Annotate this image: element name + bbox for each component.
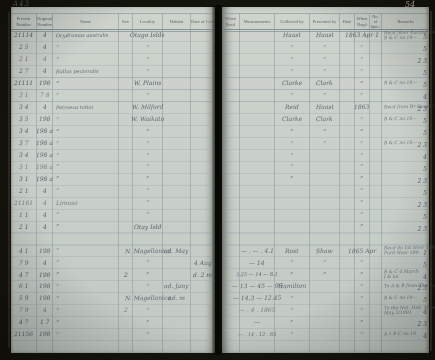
register-cell (163, 329, 191, 341)
handwritten-entry: ” (146, 259, 149, 267)
handwritten-entry: Limosa (56, 200, 78, 207)
handwritten-entry: Clarke (282, 116, 302, 123)
register-cell (370, 173, 382, 185)
register-cell: ” (53, 126, 119, 138)
handwritten-entry: 4 (43, 32, 47, 39)
handwritten-entry: 4 1 (19, 248, 29, 255)
register-cell: 7 8 (37, 90, 53, 102)
register-cell: Haast (275, 30, 310, 42)
register-cell (370, 78, 382, 90)
register-cell: ” (310, 90, 340, 102)
register-cell (163, 173, 191, 185)
handwritten-entry: 21156 (14, 331, 33, 338)
remark-line: Recd from Dr Haast 186- (384, 105, 435, 111)
column-header: Sex (119, 14, 133, 29)
register-cell (119, 42, 133, 54)
handwritten-entry: ” (146, 199, 149, 207)
table-row: ”””5 (222, 66, 429, 78)
register-cell (163, 317, 191, 329)
register-cell: Clarke (275, 78, 310, 90)
handwritten-entry: ” (146, 140, 149, 148)
handwritten-entry: 2 (124, 272, 128, 279)
register-cell: ” (53, 209, 119, 221)
register-cell (222, 173, 240, 185)
register-cell (370, 269, 382, 281)
register-cell: 1863 (355, 102, 370, 114)
table-row: — 14.3 — 12.45””B & C no 18—5 (222, 293, 429, 305)
register-cell: 7 9 (11, 305, 37, 317)
handwritten-entry: Otay Isld (134, 224, 161, 231)
register-cell (222, 126, 240, 138)
register-cell (370, 90, 382, 102)
register-cell: Clark (310, 114, 340, 126)
register-cell: 4 (37, 185, 53, 197)
handwritten-entry: ” (56, 56, 59, 64)
handwritten-entry: 198 a (36, 164, 53, 171)
register-cell: ” (275, 42, 310, 54)
handwritten-entry: ” (56, 163, 59, 171)
register-cell: ” (133, 173, 163, 185)
column-header: When Regd (355, 14, 370, 29)
register-cell (240, 209, 275, 221)
handwritten-entry: 1863 Apr 1 (345, 32, 379, 39)
table-row: ”””B & C no 18—2 3 (222, 138, 429, 150)
margin-count: 2 3 (417, 285, 427, 292)
register-cell (222, 150, 240, 162)
remarks-cell: Recd do 1st Novr 1865Purd Novr 186-1 (382, 245, 429, 257)
register-cell (340, 42, 355, 54)
handwritten-entry: 1 1 (19, 212, 29, 219)
register-cell: 4 (37, 221, 53, 233)
register-cell (222, 138, 240, 150)
margin-count: 5 (423, 34, 427, 41)
handwritten-entry: Haast (316, 104, 334, 111)
handwritten-entry: 3 1 (19, 176, 29, 183)
register-cell (240, 173, 275, 185)
handwritten-entry: 4 (43, 212, 47, 219)
column-header: Habitat (163, 14, 191, 29)
table-row: 7 94””4 Aug (11, 257, 215, 269)
handwritten-entry: ” (323, 128, 326, 136)
table-row: 3.25 — 14 — 8.1”””B & C 4 Marchf & lot4 (222, 269, 429, 281)
register-cell (370, 305, 382, 317)
register-cell: ” (310, 42, 340, 54)
register-cell: Limosa (53, 197, 119, 209)
register-cell: Ocydromus australis (53, 30, 119, 42)
register-cell (163, 78, 191, 90)
handwritten-entry: ” (360, 331, 363, 339)
handwritten-entry: ” (360, 211, 363, 219)
handwritten-entry: ” (56, 44, 59, 52)
register-cell: ” (275, 269, 310, 281)
register-cell: W. Milford (133, 102, 163, 114)
register-cell (310, 329, 340, 341)
handwritten-entry: ” (360, 175, 363, 183)
table-row: 7 94”2” (11, 305, 215, 317)
register-cell (163, 30, 191, 42)
register-cell (370, 329, 382, 341)
register-cell: ” (53, 269, 119, 281)
remarks-cell: 5 (382, 66, 429, 78)
handwritten-entry: ” (360, 128, 363, 136)
register-cell: Shaw (310, 245, 340, 257)
handwritten-entry: — 13 — 45 — 95 (232, 283, 283, 291)
remark-line: May 2/1891 (384, 311, 412, 317)
column-header: No. of Spec. (370, 14, 382, 29)
remarks-cell: Recd from Dr Haast 186-2 3 (382, 102, 429, 114)
register-cell: ” (275, 173, 310, 185)
register-cell: 2 7 (11, 66, 37, 78)
handwritten-entry: ” (56, 187, 59, 195)
register-cell (240, 114, 275, 126)
register-cell: 2 5 (11, 42, 37, 54)
register-cell: ” (53, 185, 119, 197)
register-cell (119, 66, 133, 78)
remarks-cell: 5 (382, 161, 429, 173)
handwritten-entry: ” (146, 44, 149, 52)
register-cell: ” (355, 185, 370, 197)
register-cell (163, 42, 191, 54)
remark-line: B & C no 18— (384, 81, 417, 87)
handwritten-entry: ” (56, 331, 59, 339)
register-cell: ” (53, 173, 119, 185)
register-page-left: Present NumberOriginal NumberNameSexLoca… (11, 7, 215, 353)
margin-count: 5 (423, 118, 427, 125)
remarks-cell: 5 (382, 257, 429, 269)
remarks-cell: 2 3 (382, 54, 429, 66)
register-cell (370, 209, 382, 221)
register-page-right: When RecdMeasurementsCollected byPresent… (222, 7, 429, 353)
register-cell (163, 341, 191, 353)
register-cell (370, 185, 382, 197)
register-cell (310, 173, 340, 185)
register-cell: ” (355, 209, 370, 221)
register-cell (340, 54, 355, 66)
handwritten-entry: 7 9 (19, 260, 29, 267)
register-cell (222, 54, 240, 66)
column-headers-right: When RecdMeasurementsCollected byPresent… (222, 13, 429, 30)
register-cell (222, 90, 240, 102)
register-cell (240, 102, 275, 114)
register-cell (310, 209, 340, 221)
remarks-cell: 2 3 (382, 173, 429, 185)
register-cell (11, 341, 37, 353)
handwritten-entry: ” (290, 175, 293, 183)
register-cell: ” (53, 281, 119, 293)
handwritten-entry: 2 (124, 307, 128, 314)
register-cell: 198 (37, 281, 53, 293)
register-cell: ” (53, 78, 119, 90)
register-cell: ” (275, 317, 310, 329)
register-cell (222, 341, 240, 353)
register-cell: ” (275, 138, 310, 150)
handwritten-entry: ” (323, 140, 326, 148)
register-cell: ” (275, 257, 310, 269)
register-cell: ” (133, 54, 163, 66)
register-cell: 198 (37, 78, 53, 90)
register-cell (119, 209, 133, 221)
handwritten-entry: ” (290, 307, 293, 315)
margin-count: 2 3 (417, 58, 427, 65)
register-cell: ” (355, 197, 370, 209)
handwritten-entry: Haast (283, 32, 301, 39)
handwritten-entry: ” (290, 92, 293, 100)
table-row: 4 71 7”” (11, 317, 215, 329)
handwritten-entry: 7 9 (19, 307, 29, 314)
table-row: 3 7198 a”” (11, 138, 215, 150)
remark-line: f & lot (384, 275, 399, 280)
table-row: 211144Ocydromus australisOtago Islds (11, 30, 215, 42)
register-cell: ” (133, 90, 163, 102)
register-cell (222, 102, 240, 114)
register-cell (119, 341, 133, 353)
handwritten-entry: ” (360, 68, 363, 76)
register-cell: 4 7 (11, 317, 37, 329)
register-cell (163, 233, 191, 245)
register-cell (37, 233, 53, 245)
handwritten-entry: ” (56, 80, 59, 88)
register-cell: ” (133, 257, 163, 269)
register-cell: 4 (37, 209, 53, 221)
margin-count: 5 (423, 130, 427, 137)
register-cell: 7 9 (11, 257, 37, 269)
handwritten-entry: 2 7 (19, 68, 29, 75)
register-cell: 2 (119, 269, 133, 281)
table-row: 3 44Petroeca toitoiW. Milford (11, 102, 215, 114)
register-cell: 4 7 (11, 269, 37, 281)
margin-count: 5 (423, 297, 427, 304)
table-row: 2 74Rallus pectoralis” (11, 66, 215, 78)
column-header: Locality (133, 14, 163, 29)
register-cell: ” (355, 126, 370, 138)
handwritten-entry: ” (360, 151, 363, 159)
table-row: 3 1198 a”” (11, 173, 215, 185)
register-cell (355, 233, 370, 245)
register-cell (370, 341, 382, 353)
handwritten-entry: Rost (285, 248, 299, 255)
handwritten-entry: ” (146, 175, 149, 183)
register-cell: ” (53, 257, 119, 269)
register-cell: 198 (37, 293, 53, 305)
register-cell (340, 102, 355, 114)
margin-count: 5 (423, 46, 427, 53)
remarks-cell: B & C no 18—5 (382, 114, 429, 126)
remarks-cell: To the Nat. Hist. MuseumMay 2/18914 (382, 305, 429, 317)
register-cell (370, 66, 382, 78)
register-cell: Rallus pectoralis (53, 66, 119, 78)
handwritten-entry: ” (56, 211, 59, 219)
register-cell: ” (133, 317, 163, 329)
remarks-cell: 5 (382, 185, 429, 197)
table-row: ClarkeClark”B & C no 18—5 (222, 78, 429, 90)
handwritten-entry: ” (56, 319, 59, 327)
register-cell (119, 150, 133, 162)
register-cell: — 13 — 45 — 95 (240, 281, 275, 293)
register-cell (310, 161, 340, 173)
handwritten-entry: 3 5 (19, 116, 29, 123)
table-row: — . 4 . 1865””To the Nat. Hist. MuseumMa… (222, 305, 429, 317)
remarks-cell (382, 341, 429, 353)
register-cell (310, 197, 340, 209)
register-cell: 21114 (11, 30, 37, 42)
remarks-cell: 5 (382, 126, 429, 138)
register-cell (340, 209, 355, 221)
table-row: — 14”””5 (222, 257, 429, 269)
handwritten-entry: 198 (39, 271, 51, 278)
register-cell: 3.25 — 14 — 8.1 (240, 269, 275, 281)
margin-count: 2 3 (417, 226, 427, 233)
margin-count: 4 (423, 333, 427, 340)
register-cell: ” (275, 66, 310, 78)
register-cell (310, 305, 340, 317)
register-cell: ” (355, 173, 370, 185)
handwritten-entry: ” (146, 319, 149, 327)
handwritten-entry: — . — . 4.1 (240, 247, 273, 254)
handwritten-entry: ” (290, 151, 293, 159)
handwritten-entry: ” (360, 307, 363, 315)
remark-line: To A & B from Thomas (384, 284, 435, 290)
register-cell: — . — . 4.1 (240, 245, 275, 257)
register-cell: ad. Jany (163, 281, 191, 293)
register-cell (340, 185, 355, 197)
column-header: When Recd (222, 14, 240, 29)
table-row: 4 1198”N. Magellanicaad. May (11, 245, 215, 257)
margin-count: 4 (423, 154, 427, 161)
register-cell (119, 173, 133, 185)
column-headers-left: Present NumberOriginal NumberNameSexLoca… (11, 13, 215, 30)
handwritten-entry: ” (290, 331, 293, 339)
register-cell (240, 54, 275, 66)
register-cell: 5 9 (11, 293, 37, 305)
register-cell (163, 305, 191, 317)
register-cell (340, 90, 355, 102)
handwritten-entry: ” (360, 283, 363, 291)
remarks-cell: B & C 4 Marchf & lot4 (382, 269, 429, 281)
register-cell (119, 78, 133, 90)
remarks-cell: Recd Novr Purchd 1863B & C no 18—5 (382, 30, 429, 42)
remarks-cell: 4 (382, 150, 429, 162)
margin-count: 2 3 (417, 106, 427, 113)
register-cell (163, 90, 191, 102)
register-cell (370, 221, 382, 233)
remarks-cell: 2 3 (382, 317, 429, 329)
register-cell: 3 4 (11, 150, 37, 162)
register-cell (340, 329, 355, 341)
register-cell: Petroeca toitoi (53, 102, 119, 114)
margin-count: 2 3 (417, 202, 427, 209)
register-cell (370, 257, 382, 269)
register-cell (119, 197, 133, 209)
table-row: 6 1198””ad. Jany (11, 281, 215, 293)
handwritten-entry: ” (146, 211, 149, 219)
table-row: — . 14 . 12 . 65””A 1 B C no 184 (222, 329, 429, 341)
table-row: — 13 — 45 — 95Hamilton”To A & B from Tho… (222, 281, 429, 293)
register-cell (163, 102, 191, 114)
margin-count: 4 (423, 309, 427, 316)
remarks-cell: 5 (382, 209, 429, 221)
register-cell (370, 293, 382, 305)
handwritten-entry: 1865 Apr (348, 247, 376, 254)
register-cell (163, 197, 191, 209)
handwritten-entry: ” (360, 116, 363, 124)
register-cell (163, 269, 191, 281)
register-cell (11, 233, 37, 245)
handwritten-entry: ” (146, 92, 149, 100)
register-cell: N. Magellanica (133, 245, 163, 257)
register-cell: 4 (37, 30, 53, 42)
register-cell: 198 a (37, 150, 53, 162)
remarks-cell: A 1 B C no 184 (382, 329, 429, 341)
handwritten-entry: Clark (316, 80, 333, 87)
table-row: 5 9198”N. Magellanicaad. m (11, 293, 215, 305)
register-cell: ” (133, 329, 163, 341)
register-cell (222, 185, 240, 197)
register-cell (163, 54, 191, 66)
register-cell: ” (355, 66, 370, 78)
register-cell (340, 281, 355, 293)
register-cell: 4 (37, 102, 53, 114)
margin-count: 1 (423, 250, 427, 257)
register-cell: ” (53, 114, 119, 126)
register-cell (119, 281, 133, 293)
handwritten-entry: ” (323, 44, 326, 52)
register-cell: 4 (37, 42, 53, 54)
table-row: 3 5198”W. Waikato (11, 114, 215, 126)
handwritten-entry: ” (360, 199, 363, 207)
register-cell: 3 4 (11, 126, 37, 138)
register-cell (163, 150, 191, 162)
table-row: 211614Limosa” (11, 197, 215, 209)
handwritten-entry: ” (56, 295, 59, 303)
table-row: ”””4 (222, 90, 429, 102)
margin-count: 4 (423, 274, 427, 281)
table-row: ””4 (222, 150, 429, 162)
register-cell: 2 1 (11, 185, 37, 197)
register-cell (340, 161, 355, 173)
table-row: 2 14”” (11, 54, 215, 66)
handwritten-entry: ” (360, 295, 363, 303)
handwritten-entry: 3 7 (19, 140, 29, 147)
register-cell (370, 102, 382, 114)
handwritten-entry: Clarke (282, 80, 302, 87)
column-header: Remarks (382, 14, 429, 29)
register-cell: 21111 (11, 78, 37, 90)
register-cell (163, 257, 191, 269)
handwritten-entry: 21161 (14, 200, 33, 207)
register-cell: ” (133, 161, 163, 173)
register-cell (370, 197, 382, 209)
register-cell: 4 1 (11, 245, 37, 257)
register-cell: ” (133, 197, 163, 209)
register-cell: 2 1 (11, 221, 37, 233)
register-cell (119, 126, 133, 138)
handwritten-entry: — . 4 . 1865 (239, 307, 276, 314)
table-row (222, 341, 429, 353)
handwritten-entry: Haast (316, 32, 334, 39)
register-cell (275, 185, 310, 197)
table-row (222, 233, 429, 245)
register-cell: ” (133, 66, 163, 78)
handwritten-entry: 198 a (36, 152, 53, 159)
register-cell: — . 14 . 12 . 65 (240, 329, 275, 341)
register-cell: ” (133, 305, 163, 317)
register-cell: ” (133, 209, 163, 221)
table-row: 3 17 8”” (11, 90, 215, 102)
register-cell (163, 138, 191, 150)
register-cell: ” (355, 269, 370, 281)
register-cell (119, 185, 133, 197)
register-cell (119, 161, 133, 173)
